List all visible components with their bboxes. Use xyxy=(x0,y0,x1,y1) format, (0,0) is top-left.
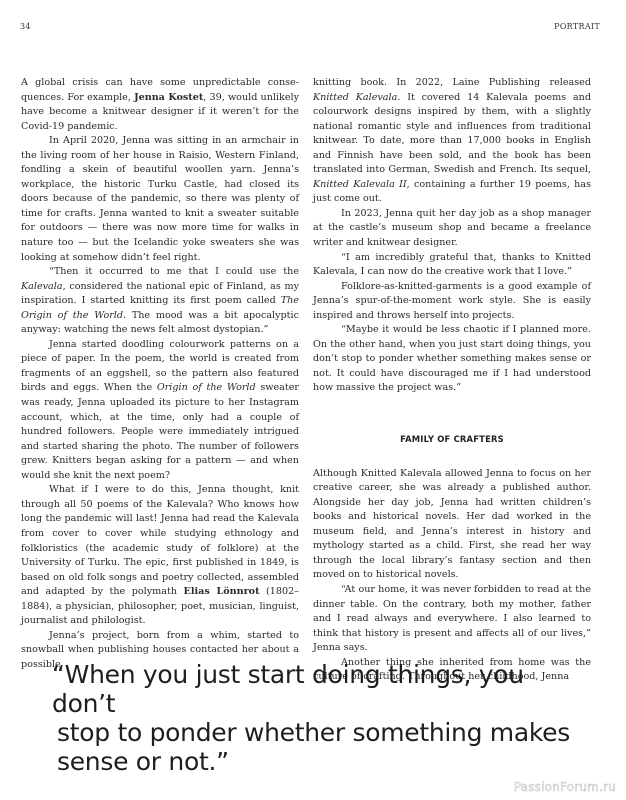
paragraph: What if I were to do this, Jenna thought… xyxy=(21,483,299,628)
paragraph: A global crisis can have some unpredicta… xyxy=(21,76,299,134)
section-label: PORTRAIT xyxy=(554,22,600,31)
person-name: Elias Lönnrot xyxy=(184,586,260,597)
paragraph: In April 2020, Jenna was sitting in an a… xyxy=(21,134,299,265)
section-heading: FAMILY OF CRAFTERS xyxy=(313,432,591,447)
pull-quote-line: “When you just start doing things, you d… xyxy=(52,660,572,718)
paragraph: “At our home, it was never forbidden to … xyxy=(313,583,591,656)
paragraph: Folklore-as-knitted-garments is a good e… xyxy=(313,280,591,324)
watermark: PassionForum.ru xyxy=(514,780,616,794)
paragraph: knitting book. In 2022, Laine Publishing… xyxy=(313,76,591,207)
article-column-left: A global crisis can have some unpredicta… xyxy=(21,76,299,672)
pull-quote-line: sense or not.” xyxy=(52,747,572,776)
article-column-right: knitting book. In 2022, Laine Publishing… xyxy=(313,76,591,685)
pull-quote-line: stop to ponder whether something makes xyxy=(52,718,572,747)
paragraph: Jenna started doodling colourwork patter… xyxy=(21,338,299,483)
paragraph: Although Knitted Kalevala allowed Jenna … xyxy=(313,467,591,583)
paragraph: “I am incredibly grateful that, thanks t… xyxy=(313,251,591,280)
pull-quote: “When you just start doing things, you d… xyxy=(52,660,572,776)
paragraph: “Then it occurred to me that I could use… xyxy=(21,265,299,338)
person-name: Jenna Kostet xyxy=(134,92,203,103)
page-number: 34 xyxy=(20,22,31,31)
paragraph: In 2023, Jenna quit her day job as a sho… xyxy=(313,207,591,251)
paragraph: “Maybe it would be less chaotic if I pla… xyxy=(313,323,591,396)
